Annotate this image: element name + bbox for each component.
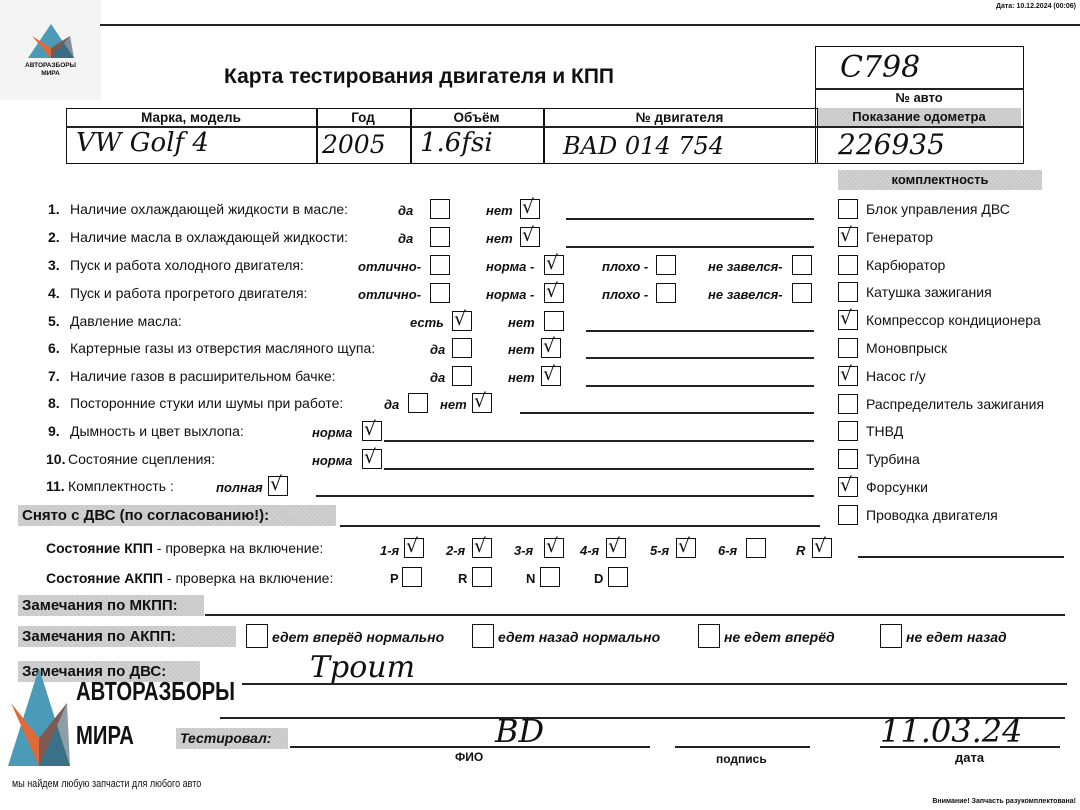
- option-checkbox[interactable]: [544, 311, 564, 331]
- completeness-checkbox[interactable]: [838, 282, 858, 302]
- check-label: Давление масла:: [70, 313, 182, 329]
- remarks-dvs-value: Троит: [310, 650, 415, 685]
- option-checkbox[interactable]: [792, 283, 812, 303]
- option-label: полная: [216, 480, 263, 495]
- gear-label: 5-я: [650, 543, 669, 558]
- brand-logo-top: АВТОРАЗБОРЫ МИРА: [0, 0, 101, 100]
- completeness-checkbox[interactable]: [838, 338, 858, 358]
- option-checkbox[interactable]: √: [362, 421, 382, 441]
- option-checkbox[interactable]: √: [268, 476, 288, 496]
- option-checkbox[interactable]: [656, 255, 676, 275]
- completeness-label: Распределитель зажигания: [866, 396, 1044, 412]
- option-label: есть: [410, 315, 444, 330]
- completeness-checkbox[interactable]: [838, 421, 858, 441]
- check-number: 10.: [46, 451, 65, 467]
- completeness-checkbox[interactable]: √: [838, 227, 858, 247]
- option-label: да: [430, 370, 445, 385]
- brand-logo-bottom-icon: [8, 668, 70, 768]
- completeness-checkbox[interactable]: √: [838, 310, 858, 330]
- page-title: Карта тестирования двигателя и КПП: [224, 65, 614, 89]
- akpp-remark-checkbox[interactable]: [246, 624, 268, 648]
- option-label: плохо -: [602, 287, 648, 302]
- check-mark-icon: √: [546, 535, 558, 557]
- completeness-checkbox[interactable]: √: [838, 477, 858, 497]
- option-label: да: [398, 231, 413, 246]
- option-label: нет: [440, 397, 467, 412]
- car-number-label: № авто: [815, 90, 1023, 105]
- option-checkbox[interactable]: [430, 227, 450, 247]
- check-label: Пуск и работа прогретого двигателя:: [70, 285, 307, 301]
- check-mark-icon: √: [474, 390, 486, 412]
- check-label: Пуск и работа холодного двигателя:: [70, 257, 304, 273]
- gear-checkbox[interactable]: √: [472, 538, 492, 558]
- check-number: 8.: [48, 395, 60, 411]
- check-label: Комплектность :: [68, 478, 174, 494]
- gear-checkbox[interactable]: √: [544, 538, 564, 558]
- check-label: Наличие газов в расширительном бачке:: [70, 368, 336, 384]
- option-label: отлично-: [358, 259, 421, 274]
- fio-label: ФИО: [455, 750, 483, 764]
- col-header-make-model: Марка, модель: [66, 110, 316, 125]
- signature-field[interactable]: [675, 746, 810, 748]
- completeness-label: ТНВД: [866, 423, 903, 439]
- check-number: 5.: [48, 313, 60, 329]
- completeness-checkbox[interactable]: [838, 505, 858, 525]
- logo-text-line1: АВТОРАЗБОРЫ: [0, 62, 101, 70]
- odometer-value: 226935: [838, 128, 945, 161]
- gear-checkbox[interactable]: √: [606, 538, 626, 558]
- completeness-label: Компрессор кондиционера: [866, 312, 1041, 328]
- mode-label: D: [594, 571, 603, 586]
- comment-line[interactable]: [566, 218, 814, 220]
- check-mark-icon: √: [840, 224, 852, 246]
- option-label: да: [384, 397, 399, 412]
- gear-label: R: [796, 543, 805, 558]
- check-mark-icon: √: [522, 196, 534, 218]
- option-label: не завелся-: [708, 287, 783, 302]
- bottom-logo-line2: МИРА: [76, 720, 134, 751]
- check-mark-icon: √: [454, 308, 466, 330]
- cell-year: 2005: [322, 130, 386, 159]
- check-label: Наличие масла в охлаждающей жидкости:: [70, 229, 348, 245]
- option-label: норма: [312, 453, 352, 468]
- odometer-label: Показание одометра: [817, 108, 1021, 126]
- completeness-label: Моновпрыск: [866, 340, 947, 356]
- check-number: 9.: [48, 423, 60, 439]
- check-label: Наличие охлаждающей жидкости в масле:: [70, 201, 348, 217]
- akpp-remark-checkbox[interactable]: [472, 624, 494, 648]
- option-checkbox[interactable]: √: [362, 449, 382, 469]
- check-mark-icon: √: [840, 307, 852, 329]
- logo-mountain-icon: [28, 24, 74, 60]
- brand-slogan: мы найдем любую запчасти для любого авто: [12, 778, 201, 790]
- remarks-akpp-label: Замечания по АКПП:: [18, 626, 236, 647]
- remarks-mkpp-field[interactable]: [205, 614, 1065, 616]
- check-mark-icon: √: [546, 280, 558, 302]
- removed-label: Снято с ДВС (по согласованию!):: [18, 505, 336, 526]
- completeness-label: Проводка двигателя: [866, 507, 998, 523]
- check-mark-icon: √: [840, 474, 852, 496]
- option-checkbox[interactable]: [452, 338, 472, 358]
- option-checkbox[interactable]: √: [544, 255, 564, 275]
- tested-by-label: Тестировал:: [176, 728, 288, 749]
- option-checkbox[interactable]: √: [472, 393, 492, 413]
- bottom-logo-line1: АВТОРАЗБОРЫ: [76, 676, 235, 707]
- completeness-label: Карбюратор: [866, 257, 945, 273]
- option-checkbox[interactable]: √: [541, 338, 561, 358]
- mode-label: N: [526, 571, 535, 586]
- option-label: не завелся-: [708, 259, 783, 274]
- option-checkbox[interactable]: [452, 366, 472, 386]
- mode-checkbox[interactable]: [608, 567, 628, 587]
- completeness-checkbox[interactable]: [838, 199, 858, 219]
- akpp-remark-checkbox[interactable]: [698, 624, 720, 648]
- check-number: 4.: [48, 285, 60, 301]
- gear-label: 4-я: [580, 543, 599, 558]
- manual-gearbox-label: Состояние КПП - проверка на включение:: [46, 540, 323, 556]
- mode-label: P: [390, 571, 399, 586]
- col-header-year: Год: [316, 110, 410, 125]
- completeness-checkbox[interactable]: [838, 255, 858, 275]
- check-number: 11.: [46, 478, 65, 494]
- gear-label: 3-я: [514, 543, 533, 558]
- check-number: 6.: [48, 340, 60, 356]
- option-checkbox[interactable]: [430, 199, 450, 219]
- remarks-mkpp-label: Замечания по МКПП:: [18, 595, 204, 616]
- check-mark-icon: √: [364, 446, 376, 468]
- cell-make-model: VW Golf 4: [76, 128, 209, 158]
- tester-fio-value: BD: [495, 712, 544, 750]
- option-label: нет: [486, 231, 513, 246]
- mode-checkbox[interactable]: [402, 567, 422, 587]
- check-number: 1.: [48, 201, 60, 217]
- check-mark-icon: √: [474, 535, 486, 557]
- check-number: 7.: [48, 368, 60, 384]
- check-label: Дымность и цвет выхлопа:: [70, 423, 244, 439]
- option-label: норма -: [486, 259, 534, 274]
- date-label: дата: [955, 750, 984, 765]
- option-checkbox[interactable]: [408, 393, 428, 413]
- check-mark-icon: √: [840, 363, 852, 385]
- fio-field[interactable]: [290, 746, 650, 748]
- check-mark-icon: √: [814, 535, 826, 557]
- signature-label: подпись: [716, 752, 767, 766]
- check-mark-icon: √: [406, 535, 418, 557]
- option-label: нет: [508, 370, 535, 385]
- comment-line[interactable]: [566, 246, 814, 248]
- akpp-remark-label: едет назад нормально: [498, 629, 660, 645]
- check-label: Посторонние стуки или шумы при работе:: [70, 395, 343, 411]
- completeness-label: Катушка зажигания: [866, 284, 992, 300]
- option-label: нет: [486, 203, 513, 218]
- check-mark-icon: √: [522, 224, 534, 246]
- date-value: 11.03.24: [880, 712, 1023, 750]
- option-checkbox[interactable]: √: [544, 283, 564, 303]
- gear-label: 2-я: [446, 543, 465, 558]
- check-mark-icon: √: [543, 335, 555, 357]
- comment-line[interactable]: [520, 412, 814, 414]
- comment-line[interactable]: [586, 330, 814, 332]
- option-label: нет: [508, 342, 535, 357]
- cell-volume: 1.6fsi: [420, 128, 493, 158]
- option-checkbox[interactable]: √: [541, 366, 561, 386]
- mode-label: R: [458, 571, 467, 586]
- option-checkbox[interactable]: [430, 255, 450, 275]
- completeness-label: Генератор: [866, 229, 933, 245]
- completeness-label: Форсунки: [866, 479, 928, 495]
- completeness-checkbox[interactable]: √: [838, 366, 858, 386]
- akpp-remark-label: не едет вперёд: [724, 629, 835, 645]
- mode-checkbox[interactable]: [540, 567, 560, 587]
- akpp-remark-label: едет вперёд нормально: [272, 629, 444, 645]
- mode-checkbox[interactable]: [472, 567, 492, 587]
- col-header-engine-number: № двигателя: [543, 110, 816, 125]
- date-stamp: Дата: 10.12.2024 (00:06): [996, 3, 1076, 10]
- completeness-label: Турбина: [866, 451, 920, 467]
- comment-line[interactable]: [316, 495, 814, 497]
- completeness-checkbox[interactable]: [838, 449, 858, 469]
- akpp-remark-label: не едет назад: [906, 629, 1007, 645]
- date-field[interactable]: [880, 746, 1060, 748]
- check-label: Состояние сцепления:: [68, 451, 215, 467]
- check-mark-icon: √: [678, 535, 690, 557]
- check-mark-icon: √: [546, 252, 558, 274]
- completeness-checkbox[interactable]: [838, 394, 858, 414]
- option-label: норма: [312, 425, 352, 440]
- option-checkbox[interactable]: [430, 283, 450, 303]
- option-checkbox[interactable]: [792, 255, 812, 275]
- completeness-title: комплектность: [838, 170, 1042, 190]
- logo-text-line2: МИРА: [0, 70, 101, 78]
- gear-label: 1-я: [380, 543, 399, 558]
- check-number: 2.: [48, 229, 60, 245]
- completeness-label: Насос г/у: [866, 368, 926, 384]
- option-label: норма -: [486, 287, 534, 302]
- check-mark-icon: √: [270, 473, 282, 495]
- comment-line[interactable]: [586, 385, 814, 387]
- check-mark-icon: √: [543, 363, 555, 385]
- check-mark-icon: √: [364, 418, 376, 440]
- gear-checkbox[interactable]: √: [676, 538, 696, 558]
- gear-checkbox[interactable]: √: [812, 538, 832, 558]
- option-checkbox[interactable]: √: [520, 227, 540, 247]
- comment-line[interactable]: [586, 357, 814, 359]
- option-label: отлично-: [358, 287, 421, 302]
- check-label: Картерные газы из отверстия масляного щу…: [70, 340, 375, 356]
- comment-line[interactable]: [384, 468, 814, 470]
- option-checkbox[interactable]: √: [520, 199, 540, 219]
- option-checkbox[interactable]: √: [452, 311, 472, 331]
- option-checkbox[interactable]: [656, 283, 676, 303]
- option-label: плохо -: [602, 259, 648, 274]
- gear-checkbox[interactable]: [746, 538, 766, 558]
- cell-engine-number: BAD 014 754: [563, 132, 724, 160]
- option-label: да: [430, 342, 445, 357]
- auto-gearbox-label: Состояние АКПП - проверка на включение:: [46, 570, 333, 586]
- col-header-volume: Объём: [410, 110, 543, 125]
- option-label: да: [398, 203, 413, 218]
- gear-label: 6-я: [718, 543, 737, 558]
- completeness-label: Блок управления ДВС: [866, 201, 1010, 217]
- check-number: 3.: [48, 257, 60, 273]
- check-mark-icon: √: [608, 535, 620, 557]
- footer-warning: Внимание! Запчасть разукомплектована!: [932, 798, 1076, 805]
- comment-line[interactable]: [384, 440, 814, 442]
- car-number-value: C798: [840, 50, 920, 85]
- akpp-remark-checkbox[interactable]: [880, 624, 902, 648]
- gear-checkbox[interactable]: √: [404, 538, 424, 558]
- option-label: нет: [508, 315, 535, 330]
